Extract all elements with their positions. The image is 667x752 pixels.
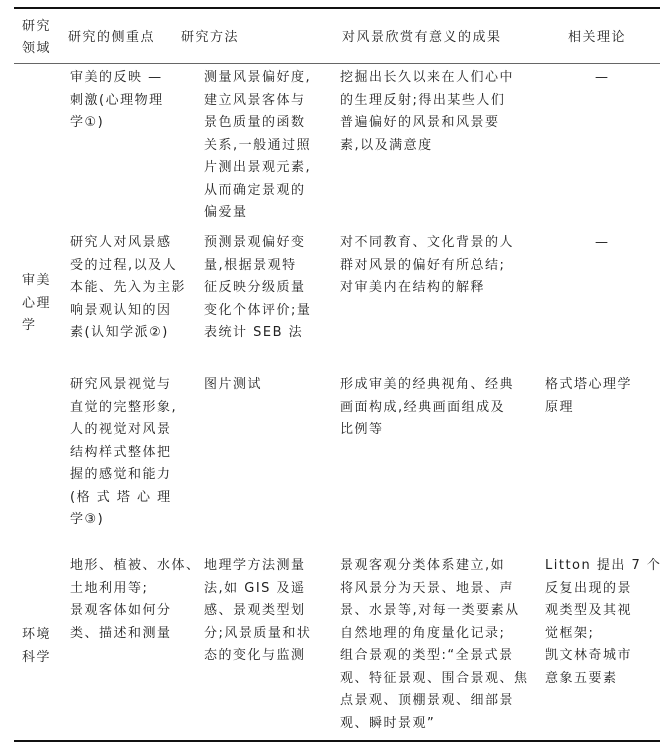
cell-focus: 研究风景视觉与 直觉的完整形象, 人的视觉对风景 结构样式整体把 握的感觉和能力… <box>70 374 177 532</box>
cell-method: 预测景观偏好变 量,根据景观特 征反映分级质量 变化个体评价;量 表统计 SEB… <box>204 232 311 345</box>
group-label-aesthetic-psychology: 审美 心理 学 <box>22 270 51 338</box>
header-field: 研究 领域 <box>22 16 51 60</box>
cell-theory: — <box>595 232 610 255</box>
cell-focus: 审美的反映 — 刺激(心理物理 学①) <box>70 67 164 135</box>
cell-result: 景观客观分类体系建立,如 将风景分为天景、地景、声 景、水景等,对每一类要素从 … <box>340 555 529 735</box>
cell-method: 测量风景偏好度, 建立风景客体与 景色质量的函数 关系,一般通过照 片测出景观元… <box>204 67 311 225</box>
cell-result: 形成审美的经典视角、经典 画面构成,经典画面组成及 比例等 <box>340 374 514 442</box>
table-top-rule <box>14 7 660 9</box>
header-focus: 研究的侧重点 <box>68 27 155 49</box>
cell-theory: — <box>595 67 610 90</box>
cell-result: 挖掘出长久以来在人们心中 的生理反射;得出某些人们 普遍偏好的风景和风景要 素,… <box>340 67 514 157</box>
header-result: 对风景欣赏有意义的成果 <box>342 27 502 49</box>
cell-result: 对不同教育、文化背景的人 群对风景的偏好有所总结; 对审美内在结构的解释 <box>340 232 514 300</box>
cell-focus: 研究人对风景感 受的过程,以及人 本能、先入为主影 响景观认知的因 素(认知学派… <box>70 232 186 345</box>
table-bottom-rule <box>14 740 660 742</box>
cell-method: 地理学方法测量 法,如 GIS 及遥 感、景观类型划 分;风景质量和状 态的变化… <box>204 555 311 668</box>
cell-focus: 地形、植被、水体、 土地利用等; 景观客体如何分 类、描述和测量 <box>70 555 201 645</box>
header-theory: 相关理论 <box>568 27 626 49</box>
header-method: 研究方法 <box>181 27 239 49</box>
cell-theory: Litton 提出 7 个 反复出现的景 观类型及其视 觉框架; 凯文林奇城市 … <box>545 555 661 690</box>
cell-theory: 格式塔心理学 原理 <box>545 374 632 419</box>
cell-method: 图片测试 <box>204 374 262 397</box>
group-label-environmental-science: 环境 科学 <box>22 624 51 669</box>
header-separator-rule <box>14 63 660 64</box>
